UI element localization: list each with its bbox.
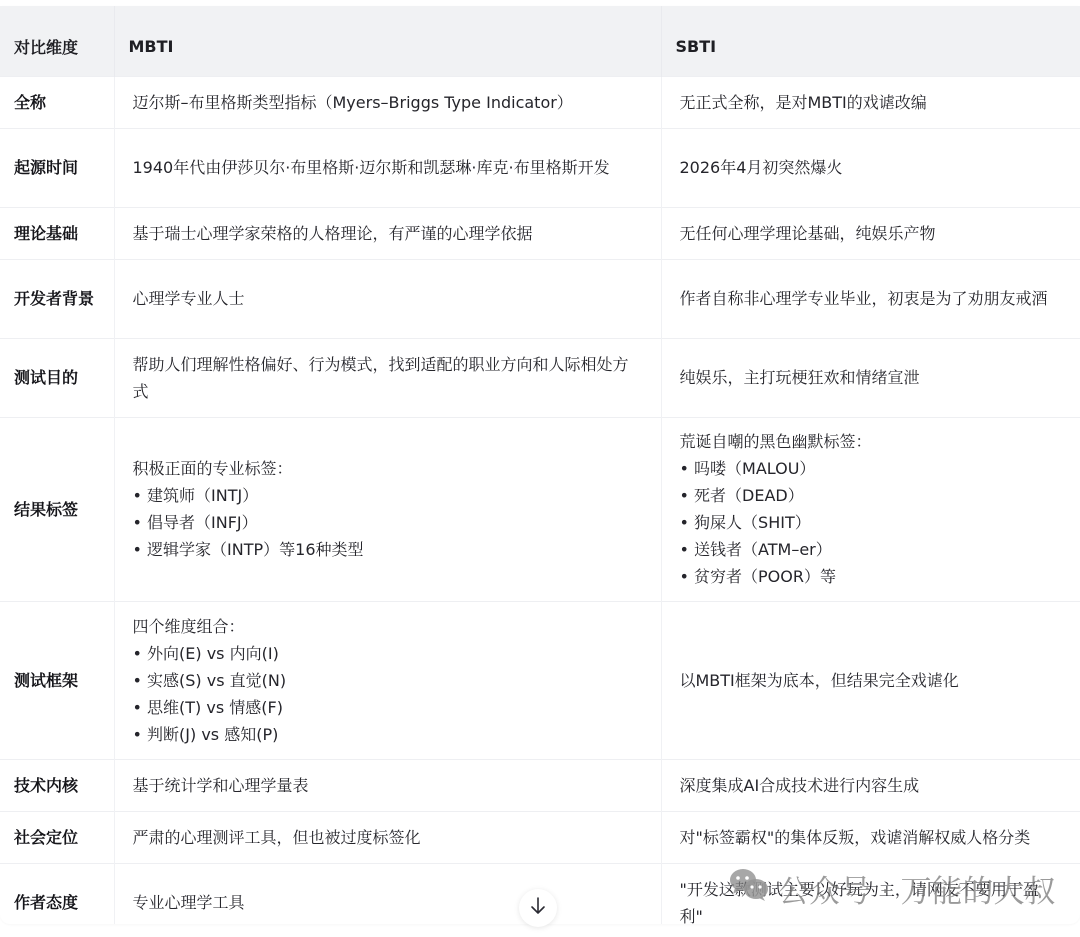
arrow-down-icon <box>529 896 547 920</box>
list-item: 思维(T) vs 情感(F) <box>133 694 643 721</box>
cell-text: 纯娱乐，主打玩梗狂欢和情绪宣泄 <box>680 364 1063 391</box>
header-sbti: SBTI <box>661 6 1080 76</box>
mbti-cell: 基于瑞士心理学家荣格的人格理论，有严谨的心理学依据 <box>114 207 661 259</box>
sbti-cell: 作者自称非心理学专业毕业，初衷是为了劝朋友戒酒 <box>661 259 1080 338</box>
list-item: 判断(J) vs 感知(P) <box>133 721 643 748</box>
dimension-cell: 技术内核 <box>0 759 114 811</box>
mbti-cell: 迈尔斯–布里格斯类型指标（Myers–Briggs Type Indicator… <box>114 76 661 128</box>
cell-text: 基于瑞士心理学家荣格的人格理论，有严谨的心理学依据 <box>133 220 643 247</box>
comparison-table-container: 对比维度 MBTI SBTI 全称迈尔斯–布里格斯类型指标（Myers–Brig… <box>0 6 1080 924</box>
mbti-cell: 1940年代由伊莎贝尔·布里格斯·迈尔斯和凯瑟琳·库克·布里格斯开发 <box>114 128 661 207</box>
mbti-cell: 积极正面的专业标签：建筑师（INTJ）倡导者（INFJ）逻辑学家（INTP）等1… <box>114 417 661 601</box>
sbti-cell: 深度集成AI合成技术进行内容生成 <box>661 759 1080 811</box>
cell-text: 荒诞自嘲的黑色幽默标签： <box>680 428 1063 455</box>
mbti-cell: 基于统计学和心理学量表 <box>114 759 661 811</box>
cell-text: 四个维度组合： <box>133 613 643 640</box>
sbti-cell: 对"标签霸权"的集体反叛，戏谑消解权威人格分类 <box>661 811 1080 863</box>
table-row: 结果标签积极正面的专业标签：建筑师（INTJ）倡导者（INFJ）逻辑学家（INT… <box>0 417 1080 601</box>
cell-text: 无正式全称，是对MBTI的戏谑改编 <box>680 89 1063 116</box>
list-item: 倡导者（INFJ） <box>133 509 643 536</box>
dimension-cell: 理论基础 <box>0 207 114 259</box>
table-row: 技术内核基于统计学和心理学量表深度集成AI合成技术进行内容生成 <box>0 759 1080 811</box>
cell-text: 1940年代由伊莎贝尔·布里格斯·迈尔斯和凯瑟琳·库克·布里格斯开发 <box>133 154 643 181</box>
cell-text: "开发这款测试主要以好玩为主，请网友不要用于盈利" <box>680 876 1063 924</box>
cell-text: 无任何心理学理论基础，纯娱乐产物 <box>680 220 1063 247</box>
table-row: 理论基础基于瑞士心理学家荣格的人格理论，有严谨的心理学依据无任何心理学理论基础，… <box>0 207 1080 259</box>
dimension-cell: 结果标签 <box>0 417 114 601</box>
mbti-cell: 专业心理学工具 <box>114 863 661 924</box>
sbti-cell: 荒诞自嘲的黑色幽默标签：吗喽（MALOU）死者（DEAD）狗屎人（SHIT）送钱… <box>661 417 1080 601</box>
list-item: 逻辑学家（INTP）等16种类型 <box>133 536 643 563</box>
cell-text: 对"标签霸权"的集体反叛，戏谑消解权威人格分类 <box>680 824 1063 851</box>
dimension-cell: 全称 <box>0 76 114 128</box>
cell-text: 心理学专业人士 <box>133 285 643 312</box>
cell-text: 严肃的心理测评工具，但也被过度标签化 <box>133 824 643 851</box>
header-mbti: MBTI <box>114 6 661 76</box>
mbti-cell: 四个维度组合：外向(E) vs 内向(I)实感(S) vs 直觉(N)思维(T)… <box>114 601 661 759</box>
list-item: 吗喽（MALOU） <box>680 455 1063 482</box>
table-row: 开发者背景心理学专业人士作者自称非心理学专业毕业，初衷是为了劝朋友戒酒 <box>0 259 1080 338</box>
list-item: 贫穷者（POOR）等 <box>680 563 1063 590</box>
mbti-cell: 严肃的心理测评工具，但也被过度标签化 <box>114 811 661 863</box>
table-row: 全称迈尔斯–布里格斯类型指标（Myers–Briggs Type Indicat… <box>0 76 1080 128</box>
header-dimension: 对比维度 <box>0 6 114 76</box>
list-item: 建筑师（INTJ） <box>133 482 643 509</box>
sbti-cell: 纯娱乐，主打玩梗狂欢和情绪宣泄 <box>661 338 1080 417</box>
list-item: 送钱者（ATM–er） <box>680 536 1063 563</box>
dimension-cell: 开发者背景 <box>0 259 114 338</box>
list-item: 死者（DEAD） <box>680 482 1063 509</box>
dimension-cell: 测试目的 <box>0 338 114 417</box>
cell-text: 迈尔斯–布里格斯类型指标（Myers–Briggs Type Indicator… <box>133 89 643 116</box>
sbti-cell: 2026年4月初突然爆火 <box>661 128 1080 207</box>
table-row: 起源时间1940年代由伊莎贝尔·布里格斯·迈尔斯和凯瑟琳·库克·布里格斯开发20… <box>0 128 1080 207</box>
cell-text: 2026年4月初突然爆火 <box>680 154 1063 181</box>
cell-text: 专业心理学工具 <box>133 889 643 916</box>
cell-text: 以MBTI框架为底本，但结果完全戏谑化 <box>680 667 1063 694</box>
cell-text: 深度集成AI合成技术进行内容生成 <box>680 772 1063 799</box>
list-item: 外向(E) vs 内向(I) <box>133 640 643 667</box>
cell-text: 基于统计学和心理学量表 <box>133 772 643 799</box>
sbti-cell: 无正式全称，是对MBTI的戏谑改编 <box>661 76 1080 128</box>
mbti-cell: 帮助人们理解性格偏好、行为模式，找到适配的职业方向和人际相处方式 <box>114 338 661 417</box>
table-row: 社会定位严肃的心理测评工具，但也被过度标签化对"标签霸权"的集体反叛，戏谑消解权… <box>0 811 1080 863</box>
list-item: 狗屎人（SHIT） <box>680 509 1063 536</box>
cell-text: 作者自称非心理学专业毕业，初衷是为了劝朋友戒酒 <box>680 285 1063 312</box>
dimension-cell: 测试框架 <box>0 601 114 759</box>
comparison-table: 对比维度 MBTI SBTI 全称迈尔斯–布里格斯类型指标（Myers–Brig… <box>0 6 1080 924</box>
mbti-cell: 心理学专业人士 <box>114 259 661 338</box>
list-item: 实感(S) vs 直觉(N) <box>133 667 643 694</box>
dimension-cell: 社会定位 <box>0 811 114 863</box>
sbti-cell: 以MBTI框架为底本，但结果完全戏谑化 <box>661 601 1080 759</box>
table-row: 测试目的帮助人们理解性格偏好、行为模式，找到适配的职业方向和人际相处方式纯娱乐，… <box>0 338 1080 417</box>
dimension-cell: 作者态度 <box>0 863 114 924</box>
sbti-cell: 无任何心理学理论基础，纯娱乐产物 <box>661 207 1080 259</box>
scroll-down-button[interactable] <box>519 889 557 927</box>
cell-text: 帮助人们理解性格偏好、行为模式，找到适配的职业方向和人际相处方式 <box>133 351 643 405</box>
table-row: 测试框架四个维度组合：外向(E) vs 内向(I)实感(S) vs 直觉(N)思… <box>0 601 1080 759</box>
table-header-row: 对比维度 MBTI SBTI <box>0 6 1080 76</box>
cell-text: 积极正面的专业标签： <box>133 455 643 482</box>
dimension-cell: 起源时间 <box>0 128 114 207</box>
sbti-cell: "开发这款测试主要以好玩为主，请网友不要用于盈利" <box>661 863 1080 924</box>
